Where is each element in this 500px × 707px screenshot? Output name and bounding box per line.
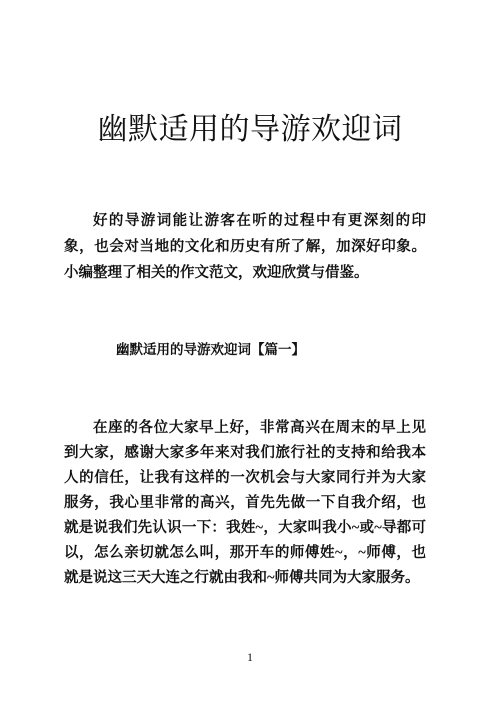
- document-title: 幽默适用的导游欢迎词: [0, 104, 500, 148]
- body-paragraph: 在座的各位大家早上好，非常高兴在周末的早上见到大家，感谢大家多年来对我们旅行社的…: [64, 416, 426, 591]
- document-page: 幽默适用的导游欢迎词 好的导游词能让游客在听的过程中有更深刻的印象，也会对当地的…: [0, 0, 500, 707]
- page-number: 1: [0, 650, 500, 665]
- intro-paragraph: 好的导游词能让游客在听的过程中有更深刻的印象，也会对当地的文化和历史有所了解，加…: [64, 208, 426, 286]
- section-heading: 幽默适用的导游欢迎词【篇一】: [116, 338, 305, 358]
